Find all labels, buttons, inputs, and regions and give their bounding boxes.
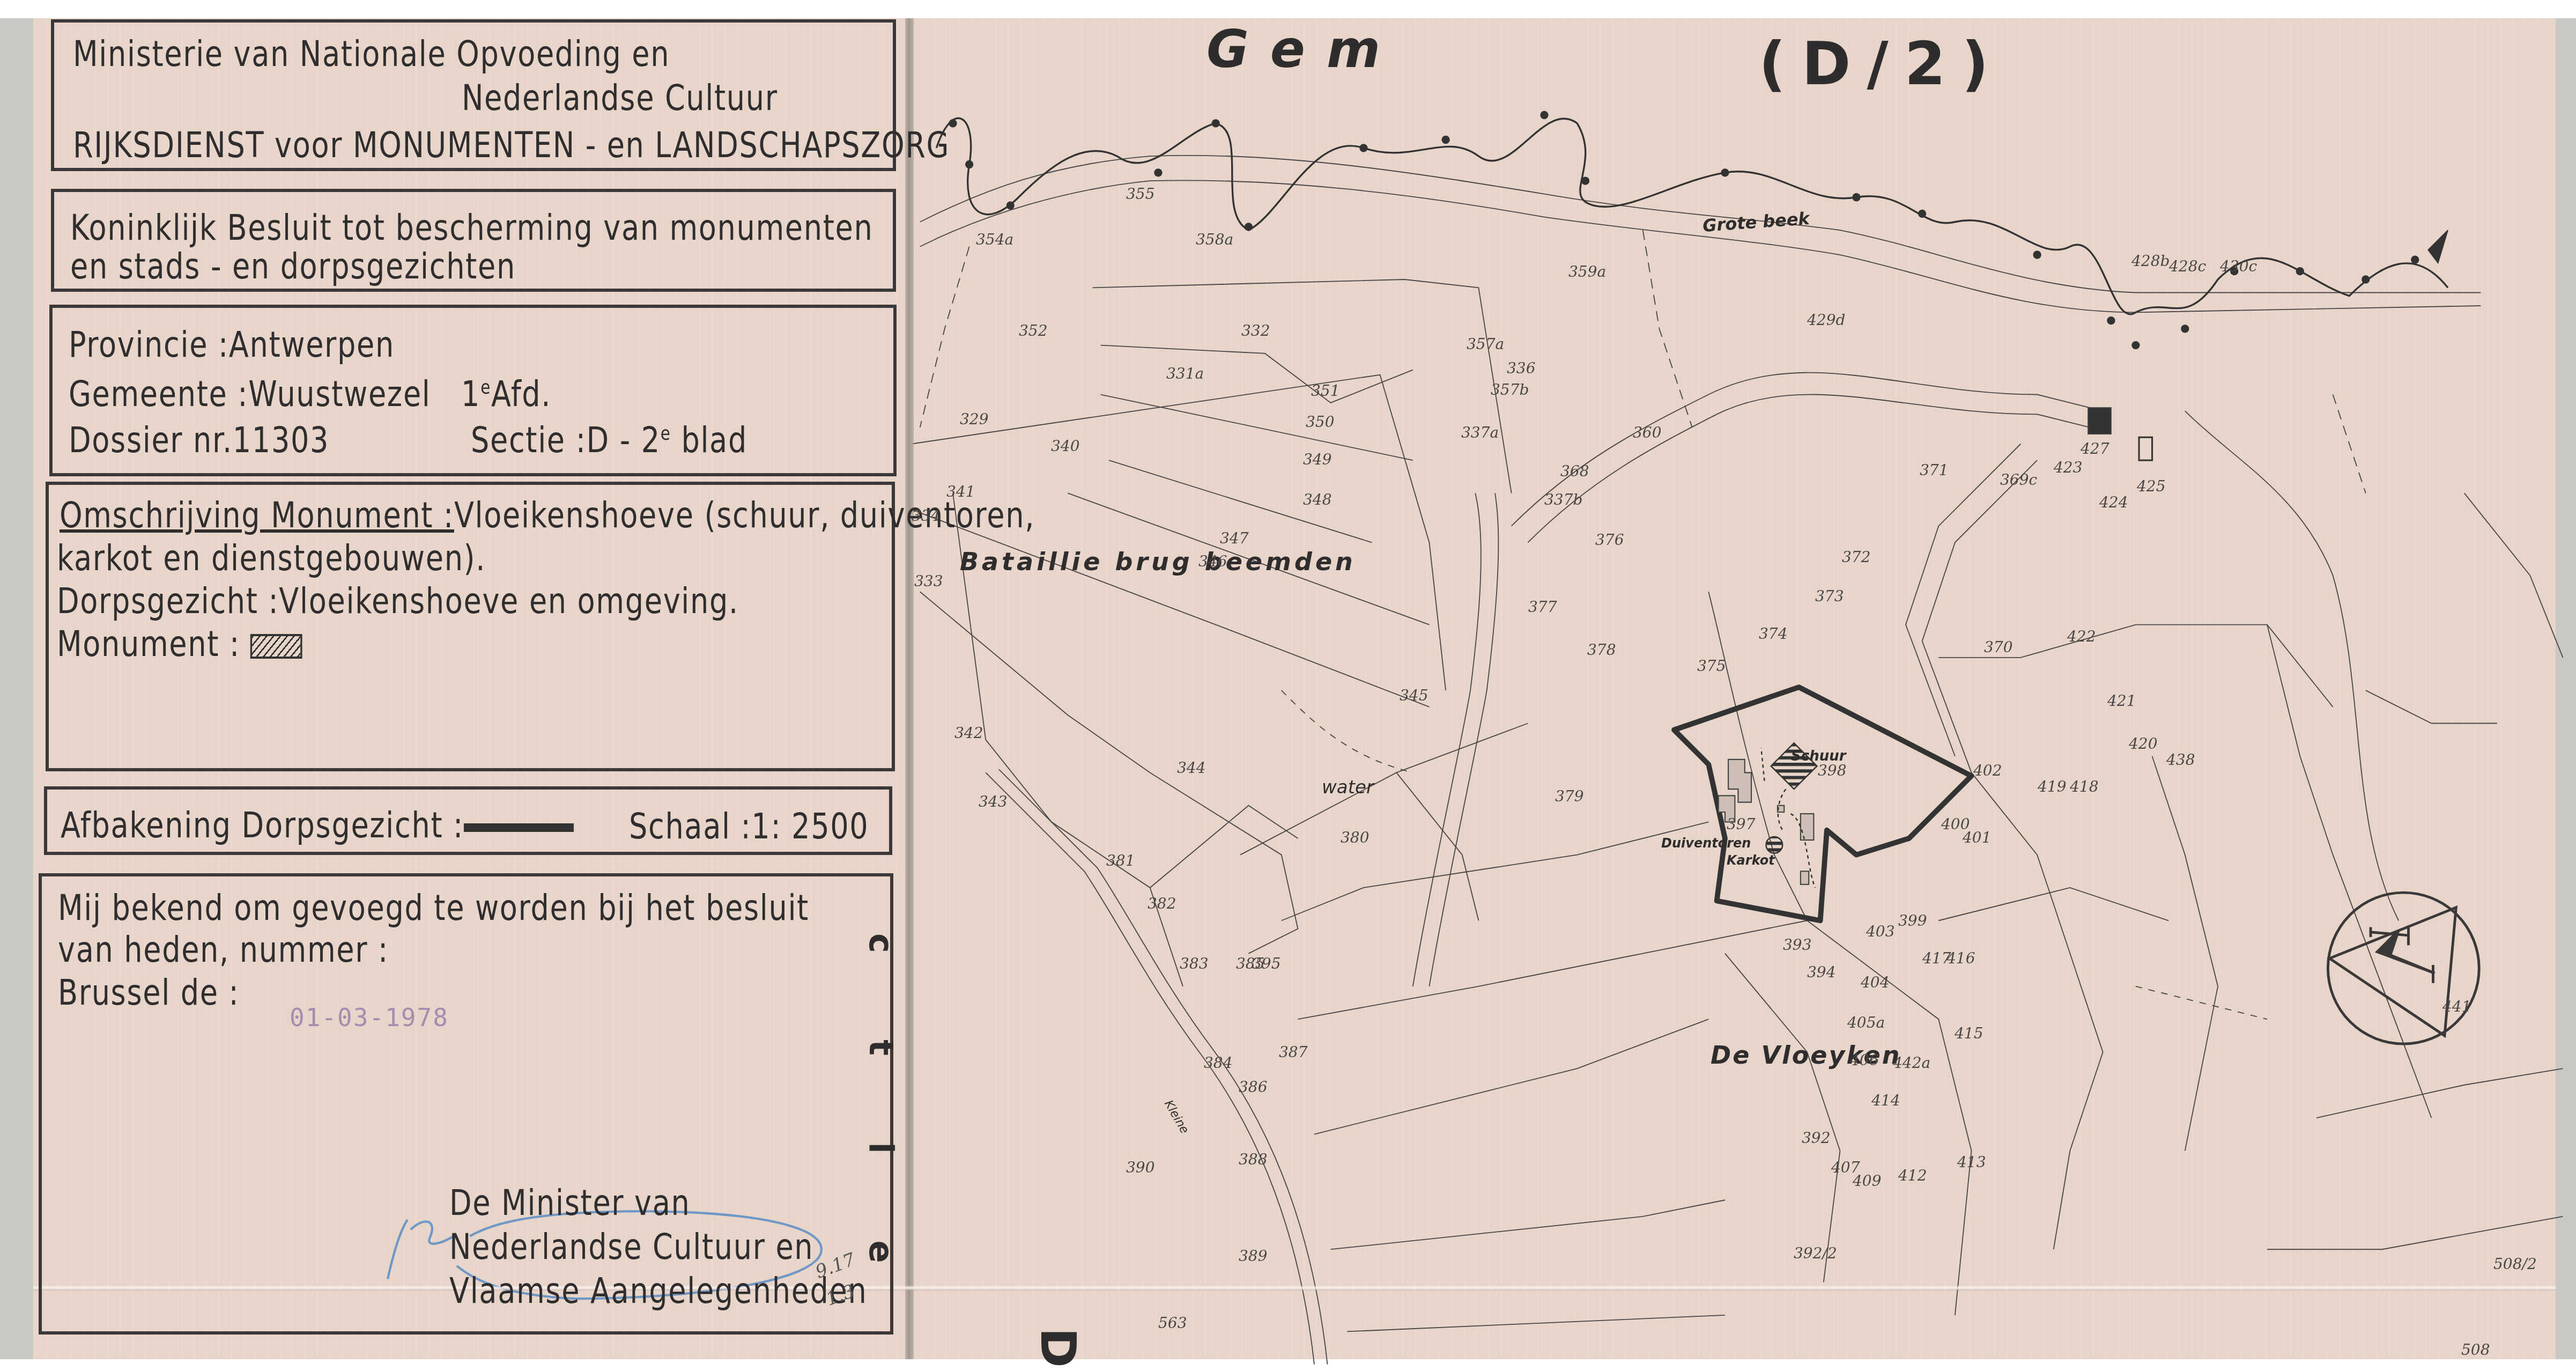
omschrijving-value: Vloeikenshoeve (schuur, duiventoren, — [454, 495, 1035, 536]
parcel-number: 373 — [1815, 587, 1844, 605]
rijksdienst-line: RIJKSDIENST voor MONUMENTEN - en LANDSCH… — [73, 124, 950, 166]
parcel-number: 334 — [912, 507, 940, 525]
approval-line2: van heden, nummer : — [58, 929, 389, 970]
parcel-number: 357a — [1467, 335, 1504, 353]
parcel-number: 413 — [1957, 1153, 1986, 1171]
parcel-number: 348 — [1303, 491, 1331, 508]
parcel-number: 406 — [1850, 1051, 1878, 1069]
parcel-number: 378 — [1587, 641, 1616, 659]
sheet-label: (D/2) — [1759, 30, 2005, 98]
parcel-number: 331a — [1166, 365, 1204, 382]
label-water: water — [1322, 777, 1374, 798]
parcel-number: 332 — [1241, 322, 1270, 340]
parcel-number: 346 — [1198, 552, 1227, 570]
compass-icon — [2328, 893, 2479, 1044]
parcel-number: 349 — [1303, 451, 1331, 468]
provincie-value: Antwerpen — [229, 324, 395, 365]
ministry-line2: Nederlandse Cultuur — [462, 77, 778, 119]
parcel-number: 352 — [1019, 322, 1047, 340]
parcel-number: 383 — [1180, 955, 1208, 972]
parcel-number: 344 — [1177, 759, 1205, 777]
label-bottom-d: D — [1030, 1328, 1086, 1368]
parcel-number: 376 — [1595, 531, 1624, 549]
parcel-number: 358a — [1196, 231, 1233, 248]
parcel-number: 415 — [1955, 1024, 1983, 1042]
afdeling-sup: e — [480, 377, 491, 399]
parcel-number: 424 — [2099, 493, 2128, 511]
afdeling-suffix: Afd. — [491, 373, 551, 415]
parcel-number: 390 — [1126, 1159, 1154, 1176]
parcel-number: 508/2 — [2493, 1255, 2537, 1273]
dorpsgezicht-label: Dorpsgezicht : — [57, 580, 279, 622]
ministry-box: Ministerie van Nationale Opvoeding en Ne… — [51, 19, 896, 171]
omschrijving-label: Omschrijving Monument : — [60, 495, 454, 536]
sectie-suffix: blad — [681, 419, 747, 461]
parcel-number: 384 — [1204, 1054, 1232, 1072]
label-duiventoren: Duiventoren — [1661, 836, 1751, 851]
provincie-row: Provincie :Antwerpen — [69, 324, 395, 365]
parcel-number: 401 — [1963, 829, 1991, 846]
gemeente-row: Gemeente :Wuustwezel 1eAfd. — [69, 373, 551, 415]
label-bataillie-brug-beemden: Bataillie brug beemden — [960, 547, 1356, 576]
afdeling-number: 1 — [461, 373, 480, 415]
parcel-number: 412 — [1898, 1167, 1927, 1184]
decree-line2: en stads - en dorpsgezichten — [70, 246, 516, 287]
parcel-number: 377 — [1528, 598, 1557, 616]
parcel-number: 369c — [2000, 471, 2037, 489]
afbakening-label: Afbakening Dorpsgezicht : — [61, 805, 464, 846]
parcel-number: 508 — [2461, 1341, 2490, 1359]
hatched-monument-icon — [250, 634, 302, 659]
parcel-number: 345 — [1400, 687, 1428, 704]
schaal-value: 1: 2500 — [751, 806, 869, 847]
approval-line1: Mij bekend om gevoegd te worden bij het … — [58, 887, 809, 928]
boundary-line-icon — [464, 823, 574, 832]
parcel-number: 397 — [1727, 815, 1755, 833]
parcel-number: 419 — [2038, 778, 2066, 795]
parcel-number: 428b — [2131, 252, 2170, 270]
minister-line1: De Minister van — [449, 1182, 691, 1223]
parcel-number: 427 — [2081, 440, 2109, 458]
dossier-row: Dossier nr.11303 — [69, 419, 329, 461]
parcel-number: 403 — [1866, 923, 1894, 940]
parcel-number: 422 — [2067, 628, 2096, 645]
parcel-number: 382 — [1148, 895, 1176, 912]
parcel-number: 430c — [2220, 257, 2257, 275]
parcel-number: 428c — [2169, 257, 2206, 275]
parcel-number: 417 — [1922, 949, 1951, 967]
parcel-number: 343 — [979, 793, 1007, 810]
parcel-number: 380 — [1341, 829, 1369, 846]
sheet-fold — [905, 18, 914, 1359]
parcel-number: 395 — [1252, 955, 1280, 972]
parcel-number: 347 — [1220, 529, 1248, 547]
parcel-number: 360 — [1633, 424, 1661, 441]
dossier-value: 11303 — [233, 419, 329, 461]
minister-line3: Vlaamse Aangelegenheden — [449, 1270, 867, 1311]
dorpsgezicht-value: Vloeikenshoeve en omgeving. — [279, 580, 738, 622]
parcel-number: 341 — [946, 483, 975, 500]
omschrijving-value-line2: karkot en dienstgebouwen). — [57, 537, 486, 579]
parcel-number: 389 — [1239, 1247, 1267, 1265]
parcel-number: 418 — [2070, 778, 2098, 795]
dossier-label: Dossier nr. — [69, 419, 233, 461]
sectie-value: D - 2 — [587, 419, 661, 461]
monument-label: Monument : — [57, 623, 240, 665]
parcel-number: 329 — [960, 410, 988, 428]
parcel-number: 368 — [1560, 462, 1589, 480]
location-box: Provincie :Antwerpen Gemeente :Wuustweze… — [49, 305, 897, 476]
parcel-number: 404 — [1861, 974, 1889, 991]
parcel-number: 375 — [1697, 657, 1726, 675]
boundary-scale-box: Afbakening Dorpsgezicht : Schaal :1: 250… — [44, 786, 892, 855]
gemeente-label: Gemeente : — [69, 373, 248, 415]
parcel-number: 357b — [1491, 381, 1529, 399]
parcel-number: 350 — [1306, 413, 1334, 431]
parcel-number: 388 — [1239, 1151, 1267, 1168]
parcel-number: 563 — [1158, 1314, 1187, 1332]
heading-partial: Gem — [1206, 19, 1402, 79]
sectie-row: Sectie :D - 2e blad — [471, 419, 747, 461]
monument-legend-row: Monument : — [57, 623, 302, 665]
parcel-number: 355 — [1126, 185, 1154, 203]
date-stamp: 01-03-1978 — [290, 1003, 449, 1032]
minister-line2: Nederlandse Cultuur en — [449, 1226, 813, 1267]
parcel-number: 399 — [1898, 912, 1927, 930]
afbakening-row: Afbakening Dorpsgezicht : — [61, 805, 574, 846]
parcel-number: 421 — [2107, 692, 2136, 710]
parcel-number: 359a — [1568, 263, 1606, 281]
parcel-number: 402 — [1973, 762, 2002, 779]
parcel-number: 337b — [1544, 491, 1582, 508]
parcel-number: 337a — [1461, 424, 1499, 441]
parcel-number: 423 — [2054, 459, 2082, 476]
label-karkot: Karkot — [1727, 853, 1775, 868]
parcel-number: 414 — [1871, 1092, 1900, 1109]
parcel-number: 370 — [1984, 638, 2012, 656]
parcel-number: 374 — [1759, 625, 1787, 643]
decree-box: Koninklijk Besluit tot bescherming van m… — [51, 189, 896, 292]
parcel-number: 429d — [1807, 311, 1845, 329]
parcel-number: 425 — [2137, 477, 2165, 495]
brussel-de-line: Brussel de : — [58, 972, 239, 1013]
parcel-number: 441 — [2442, 998, 2471, 1015]
parcel-number: 393 — [1783, 936, 1811, 954]
parcel-number: 438 — [2166, 751, 2195, 769]
parcel-number: 392 — [1802, 1129, 1830, 1147]
omschrijving-row: Omschrijving Monument :Vloeikenshoeve (s… — [60, 495, 1035, 536]
schaal-row: Schaal :1: 2500 — [629, 806, 869, 847]
parcel-number: 442a — [1893, 1054, 1930, 1072]
decree-line1: Koninklijk Besluit tot bescherming van m… — [70, 207, 873, 248]
parcel-number: 340 — [1051, 437, 1079, 455]
parcel-number: 405a — [1847, 1014, 1885, 1031]
provincie-label: Provincie : — [69, 324, 229, 365]
parcel-number: 379 — [1555, 787, 1583, 805]
parcel-number: 333 — [914, 572, 943, 590]
dorpsgezicht-row: Dorpsgezicht :Vloeikenshoeve en omgeving… — [57, 580, 739, 622]
parcel-number: 392/2 — [1794, 1244, 1837, 1262]
label-vertical-sectie: c t l e — [862, 933, 901, 1300]
parcel-number: 372 — [1842, 548, 1870, 566]
description-box: Omschrijving Monument :Vloeikenshoeve (s… — [46, 482, 895, 771]
sectie-label: Sectie : — [471, 419, 587, 461]
parcel-number: 386 — [1239, 1078, 1267, 1096]
parcel-number: 342 — [954, 724, 983, 742]
schaal-label: Schaal : — [629, 806, 751, 847]
parcel-number: 387 — [1279, 1043, 1307, 1061]
parcel-number: 336 — [1507, 359, 1535, 377]
parcel-number: 409 — [1853, 1172, 1881, 1190]
parcel-number: 398 — [1818, 762, 1846, 779]
gemeente-value: Wuustwezel — [248, 373, 431, 415]
parcel-number: 394 — [1807, 963, 1835, 981]
parcel-number: 381 — [1106, 852, 1135, 869]
parcel-number: 371 — [1920, 461, 1948, 479]
sectie-sup: e — [661, 423, 671, 445]
parcel-number: 354a — [976, 231, 1013, 248]
ministry-line1: Ministerie van Nationale Opvoeding en — [73, 33, 670, 75]
parcel-number: 420 — [2129, 735, 2157, 753]
approval-box: Mij bekend om gevoegd te worden bij het … — [39, 873, 893, 1335]
parcel-number: 351 — [1311, 382, 1339, 400]
